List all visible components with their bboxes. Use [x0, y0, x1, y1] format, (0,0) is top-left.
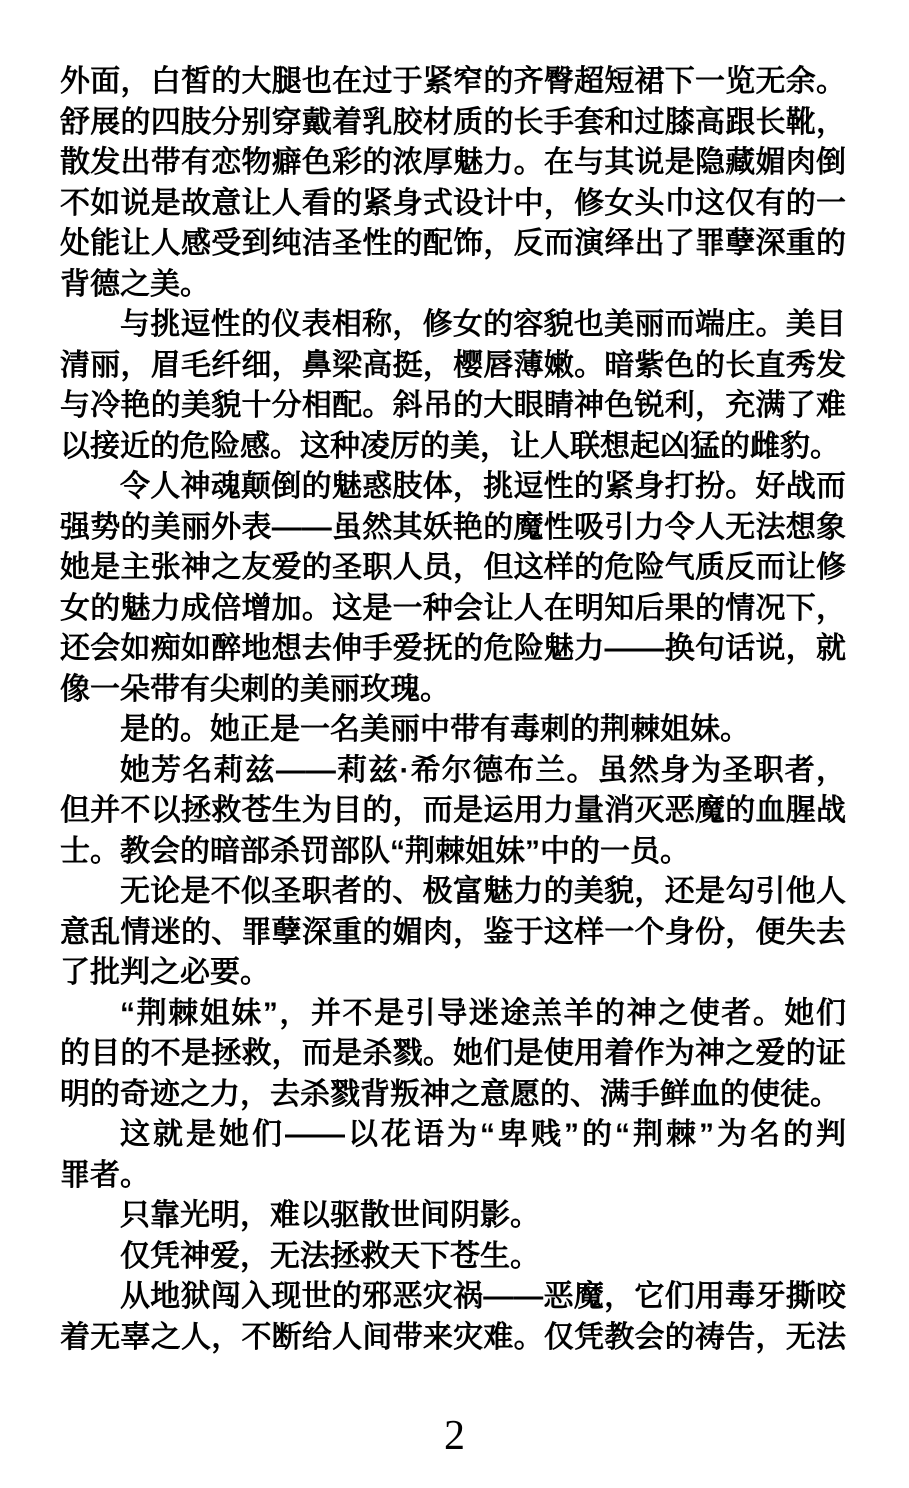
- text-line: 这就是她们——以花语为“卑贱”的“荆棘”为名的判: [60, 1115, 846, 1156]
- text-line: 令人神魂颠倒的魅惑肢体，挑逗性的紧身打扮。好战而: [60, 467, 846, 508]
- text-line: 只靠光明，难以驱散世间阴影。: [60, 1196, 846, 1237]
- text-line: 士。教会的暗部杀罚部队“荆棘姐妹”中的一员。: [60, 832, 846, 873]
- text-line: 以接近的危险感。这种凌厉的美，让人联想起凶猛的雌豹。: [60, 427, 846, 468]
- text-line: 处能让人感受到纯洁圣性的配饰，反而演绎出了罪孽深重的: [60, 224, 846, 265]
- text-line: 与挑逗性的仪表相称，修女的容貌也美丽而端庄。美目: [60, 305, 846, 346]
- body-text: 外面，白皙的大腿也在过于紧窄的齐臀超短裙下一览无余。舒展的四肢分别穿戴着乳胶材质…: [60, 62, 846, 1358]
- text-line: 清丽，眉毛纤细，鼻梁高挺，樱唇薄嫩。暗紫色的长直秀发: [60, 346, 846, 387]
- text-line: 背德之美。: [60, 265, 846, 306]
- text-line: 的目的不是拯救，而是杀戮。她们是使用着作为神之爱的证: [60, 1034, 846, 1075]
- text-line: 明的奇迹之力，去杀戮背叛神之意愿的、满手鲜血的使徒。: [60, 1075, 846, 1116]
- text-line: 外面，白皙的大腿也在过于紧窄的齐臀超短裙下一览无余。: [60, 62, 846, 103]
- text-line: 但并不以拯救苍生为目的，而是运用力量消灭恶魔的血腥战: [60, 791, 846, 832]
- text-line: 着无辜之人，不断给人间带来灾难。仅凭教会的祷告，无法: [60, 1318, 846, 1359]
- text-line: 罪者。: [60, 1156, 846, 1197]
- page-number: 2: [0, 1412, 909, 1460]
- text-line: 强势的美丽外表——虽然其妖艳的魔性吸引力令人无法想象: [60, 508, 846, 549]
- text-line: 是的。她正是一名美丽中带有毒刺的荆棘姐妹。: [60, 710, 846, 751]
- text-line: 像一朵带有尖刺的美丽玫瑰。: [60, 670, 846, 711]
- text-line: 还会如痴如醉地想去伸手爱抚的危险魅力——换句话说，就: [60, 629, 846, 670]
- document-page: 外面，白皙的大腿也在过于紧窄的齐臀超短裙下一览无余。舒展的四肢分别穿戴着乳胶材质…: [0, 0, 909, 1488]
- text-line: 无论是不似圣职者的、极富魅力的美貌，还是勾引他人: [60, 872, 846, 913]
- text-line: 仅凭神爱，无法拯救天下苍生。: [60, 1237, 846, 1278]
- text-line: 舒展的四肢分别穿戴着乳胶材质的长手套和过膝高跟长靴，: [60, 103, 846, 144]
- text-line: 从地狱闯入现世的邪恶灾祸——恶魔，它们用毒牙撕咬: [60, 1277, 846, 1318]
- text-line: 她芳名莉兹——莉兹·希尔德布兰。虽然身为圣职者，: [60, 751, 846, 792]
- text-line: 女的魅力成倍增加。这是一种会让人在明知后果的情况下，: [60, 589, 846, 630]
- text-line: “荆棘姐妹”，并不是引导迷途羔羊的神之使者。她们: [60, 994, 846, 1035]
- text-line: 了批判之必要。: [60, 953, 846, 994]
- text-line: 与冷艳的美貌十分相配。斜吊的大眼睛神色锐利，充满了难: [60, 386, 846, 427]
- text-line: 她是主张神之友爱的圣职人员，但这样的危险气质反而让修: [60, 548, 846, 589]
- text-line: 不如说是故意让人看的紧身式设计中，修女头巾这仅有的一: [60, 184, 846, 225]
- text-line: 意乱情迷的、罪孽深重的媚肉，鉴于这样一个身份，便失去: [60, 913, 846, 954]
- text-line: 散发出带有恋物癖色彩的浓厚魅力。在与其说是隐藏媚肉倒: [60, 143, 846, 184]
